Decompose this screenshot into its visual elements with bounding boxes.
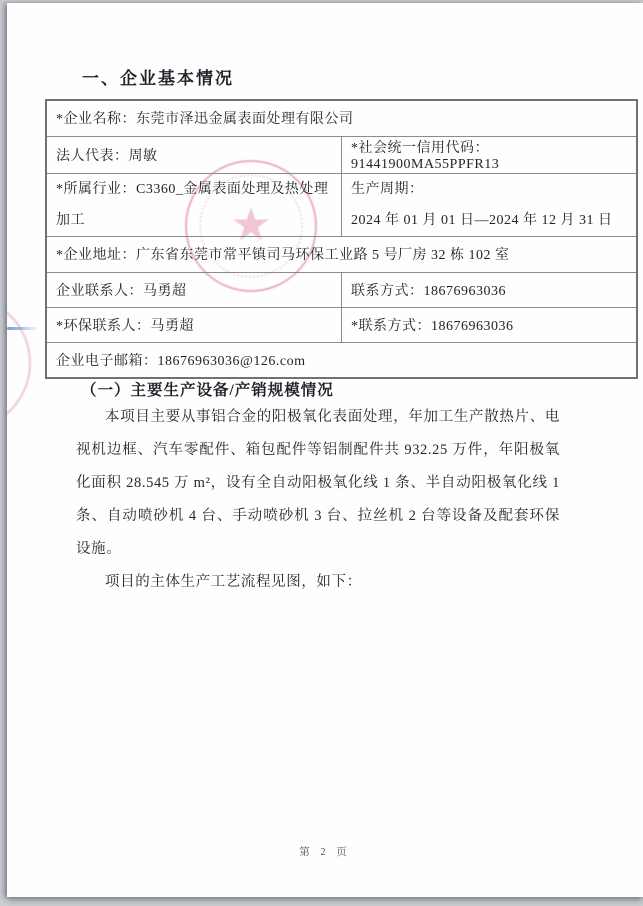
production-period-cell: 生产周期： 2024 年 01 月 01 日—2024 年 12 月 31 日 [342,173,638,236]
table-row-legal-rep: 法人代表：周敏 *社会统一信用代码：91441900MA55PPFR13 [46,136,637,173]
contact-person-cell: 企业联系人：马勇超 [46,272,342,307]
production-period-label: 生产周期： [351,174,628,205]
industry-cell: *所属行业：C3360_金属表面处理及热处理加工 [46,173,342,236]
document-page: ★ 一、企业基本情况 *企业名称：东莞市泽迅金属表面处理有限公司 法人代表：周敏… [7,3,643,897]
paragraph-project-overview: 本项目主要从事铝合金的阳极氧化表面处理，年加工生产散热片、电视机边框、汽车零配件… [76,401,560,566]
body-text-block: 本项目主要从事铝合金的阳极氧化表面处理，年加工生产散热片、电视机边框、汽车零配件… [76,401,560,599]
address-cell: *企业地址：广东省东莞市常平镇司马环保工业路 5 号厂房 32 栋 102 室 [46,236,637,272]
partial-seal-left-edge [7,295,31,431]
table-row-industry: *所属行业：C3360_金属表面处理及热处理加工 生产周期： 2024 年 01… [46,173,637,236]
page-number-footer: 第 2 页 [7,844,643,859]
legal-rep-cell: 法人代表：周敏 [46,136,342,173]
paragraph-process-flow-intro: 项目的主体生产工艺流程见图，如下： [76,566,560,599]
table-row-env-contact: *环保联系人：马勇超 *联系方式：18676963036 [46,307,637,342]
table-row-contact: 企业联系人：马勇超 联系方式：18676963036 [46,272,637,307]
company-name-cell: *企业名称：东莞市泽迅金属表面处理有限公司 [46,100,637,136]
production-period-value: 2024 年 01 月 01 日—2024 年 12 月 31 日 [351,205,628,236]
contact-phone-cell: 联系方式：18676963036 [342,272,638,307]
subsection-heading: （一）主要生产设备/产销规模情况 [81,378,334,400]
blue-scan-artifact [7,327,37,330]
table-row-company-name: *企业名称：东莞市泽迅金属表面处理有限公司 [46,100,637,136]
scan-background: ★ 一、企业基本情况 *企业名称：东莞市泽迅金属表面处理有限公司 法人代表：周敏… [0,0,643,906]
table-row-address: *企业地址：广东省东莞市常平镇司马环保工业路 5 号厂房 32 栋 102 室 [46,236,637,272]
company-info-table: *企业名称：东莞市泽迅金属表面处理有限公司 法人代表：周敏 *社会统一信用代码：… [45,99,638,379]
env-contact-person-cell: *环保联系人：马勇超 [46,307,342,342]
table-row-email: 企业电子邮箱：18676963036@126.com [46,342,637,378]
section-heading: 一、企业基本情况 [82,64,234,89]
env-contact-phone-cell: *联系方式：18676963036 [342,307,638,342]
email-cell: 企业电子邮箱：18676963036@126.com [46,342,637,378]
credit-code-cell: *社会统一信用代码：91441900MA55PPFR13 [342,136,638,173]
